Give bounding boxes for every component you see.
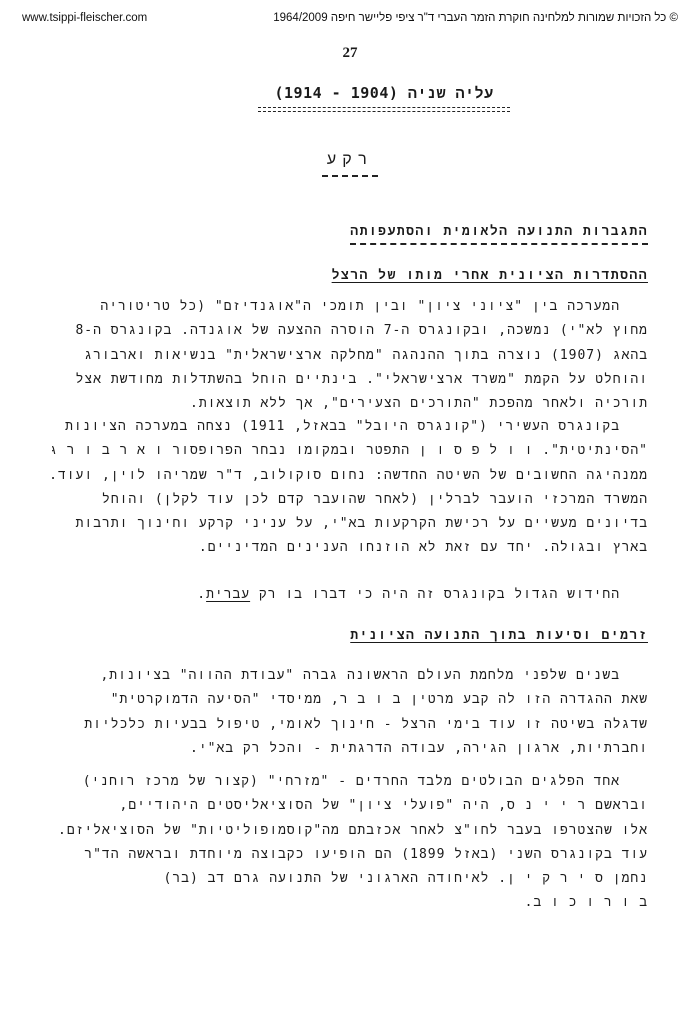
punctuation: . xyxy=(197,587,206,602)
text-line: וחברתיות, ארגון הגירה, עבודה הדרגתית - ו… xyxy=(52,737,648,761)
text-line: בהאג (1907) נוצרה בתוך ההנהגה "מחלקה ארצ… xyxy=(52,344,648,368)
text-line: ובראשם ר י י נ ס, היה "פועלי ציון" של הס… xyxy=(52,794,648,818)
text-line: בארץ ובגולה. יחד עם זאת לא הוזנחו העניני… xyxy=(52,536,648,560)
section-heading-factions: זרמים וסיעות בתוך התנועה הציונית xyxy=(350,628,648,643)
text-line: החידוש הגדול בקונגרס זה היה כי דברו בו ר… xyxy=(52,583,648,607)
text-line: אחד הפלגים הבולטים מלבד החרדים - "מזרחי"… xyxy=(52,770,648,794)
text-line: תורכיה ולאחר מהפכת "התורכים הצעירים", אך… xyxy=(52,392,648,416)
chapter-title-text: עליה שניה (1904 - 1914) xyxy=(275,84,494,102)
text-line: והוחלט על הקמת "משרד ארצישראלי". בינתיים… xyxy=(52,368,648,392)
double-rule-divider xyxy=(258,107,510,112)
dashed-divider xyxy=(322,175,378,177)
page-number: 27 xyxy=(0,45,700,62)
text-line: אלו שהצטרפו בעבר לחו"צ לאחר אכזבתם מה"קו… xyxy=(52,819,648,843)
text-line: ממנהיגה החשובים של השיטה החדשה: נחום סוק… xyxy=(52,464,648,488)
section-title-text: רקע xyxy=(327,149,374,168)
section-heading-zionist-org: ההסתדרות הציונית אחרי מותו של הרצל xyxy=(332,268,648,283)
subheading: התגברות התנועה הלאומית והסתעפותה xyxy=(350,224,648,245)
paragraph: אחד הפלגים הבולטים מלבד החרדים - "מזרחי"… xyxy=(52,770,648,916)
text-line: נחמן ס י ר ק י ן. לאיחודה הארגוני של התנ… xyxy=(52,867,648,891)
text-line: עוד בקונגרס השני (באזל 1899) הם הופיעו כ… xyxy=(52,843,648,867)
text-line: שאת ההגדרה הזו לה קבע מרטין ב ו ב ר, ממי… xyxy=(52,688,648,712)
text-line: "הסינתיטית". ו ו ל פ ס ו ן התפטר ובמקומו… xyxy=(52,439,648,463)
text-line: בשנים שלפני מלחמת העולם הראשונה גברה "עב… xyxy=(52,664,648,688)
text-line: המערכה בין "ציוני ציון" ובין תומכי ה"אוג… xyxy=(52,295,648,319)
copyright-notice: © כל הזכויות שמורות למלחינה חוקרת הזמר ה… xyxy=(273,12,678,24)
paragraph: המערכה בין "ציוני ציון" ובין תומכי ה"אוג… xyxy=(52,295,648,416)
paragraph: בשנים שלפני מלחמת העולם הראשונה גברה "עב… xyxy=(52,664,648,761)
subheading-text: התגברות התנועה הלאומית והסתעפותה xyxy=(350,224,648,239)
underlined-word: עברית xyxy=(206,587,250,602)
paragraph: החידוש הגדול בקונגרס זה היה כי דברו בו ר… xyxy=(52,583,648,607)
paragraph: בקונגרס העשירי ("קונגרס היובל" בבאזל, 19… xyxy=(52,415,648,561)
page-header: www.tsippi-fleischer.com © כל הזכויות שמ… xyxy=(22,12,678,28)
text-line: ב ו ר ו כ ו ב. xyxy=(52,891,648,915)
text-line: המשרד המרכזי הועבר לברלין (לאחר שהועבר ק… xyxy=(52,488,648,512)
text-line: שדגלה בשיטה זו עוד בימי הרצל - חינוך לאו… xyxy=(52,713,648,737)
text-line: בדיונים מעשיים על רכישת הקרקעות בא"י, על… xyxy=(52,512,648,536)
chapter-title: עליה שניה (1904 - 1914) xyxy=(258,84,510,112)
section-title: רקע xyxy=(0,149,700,177)
text-segment: החידוש הגדול בקונגרס זה היה כי דברו בו ר… xyxy=(250,587,620,602)
text-line: בקונגרס העשירי ("קונגרס היובל" בבאזל, 19… xyxy=(52,415,648,439)
text-line: מחוץ לא"י) נמשכה, ובקונגרס ה-7 הוסרה ההצ… xyxy=(52,319,648,343)
dashed-divider xyxy=(350,243,648,245)
site-url-link[interactable]: www.tsippi-fleischer.com xyxy=(22,12,147,24)
